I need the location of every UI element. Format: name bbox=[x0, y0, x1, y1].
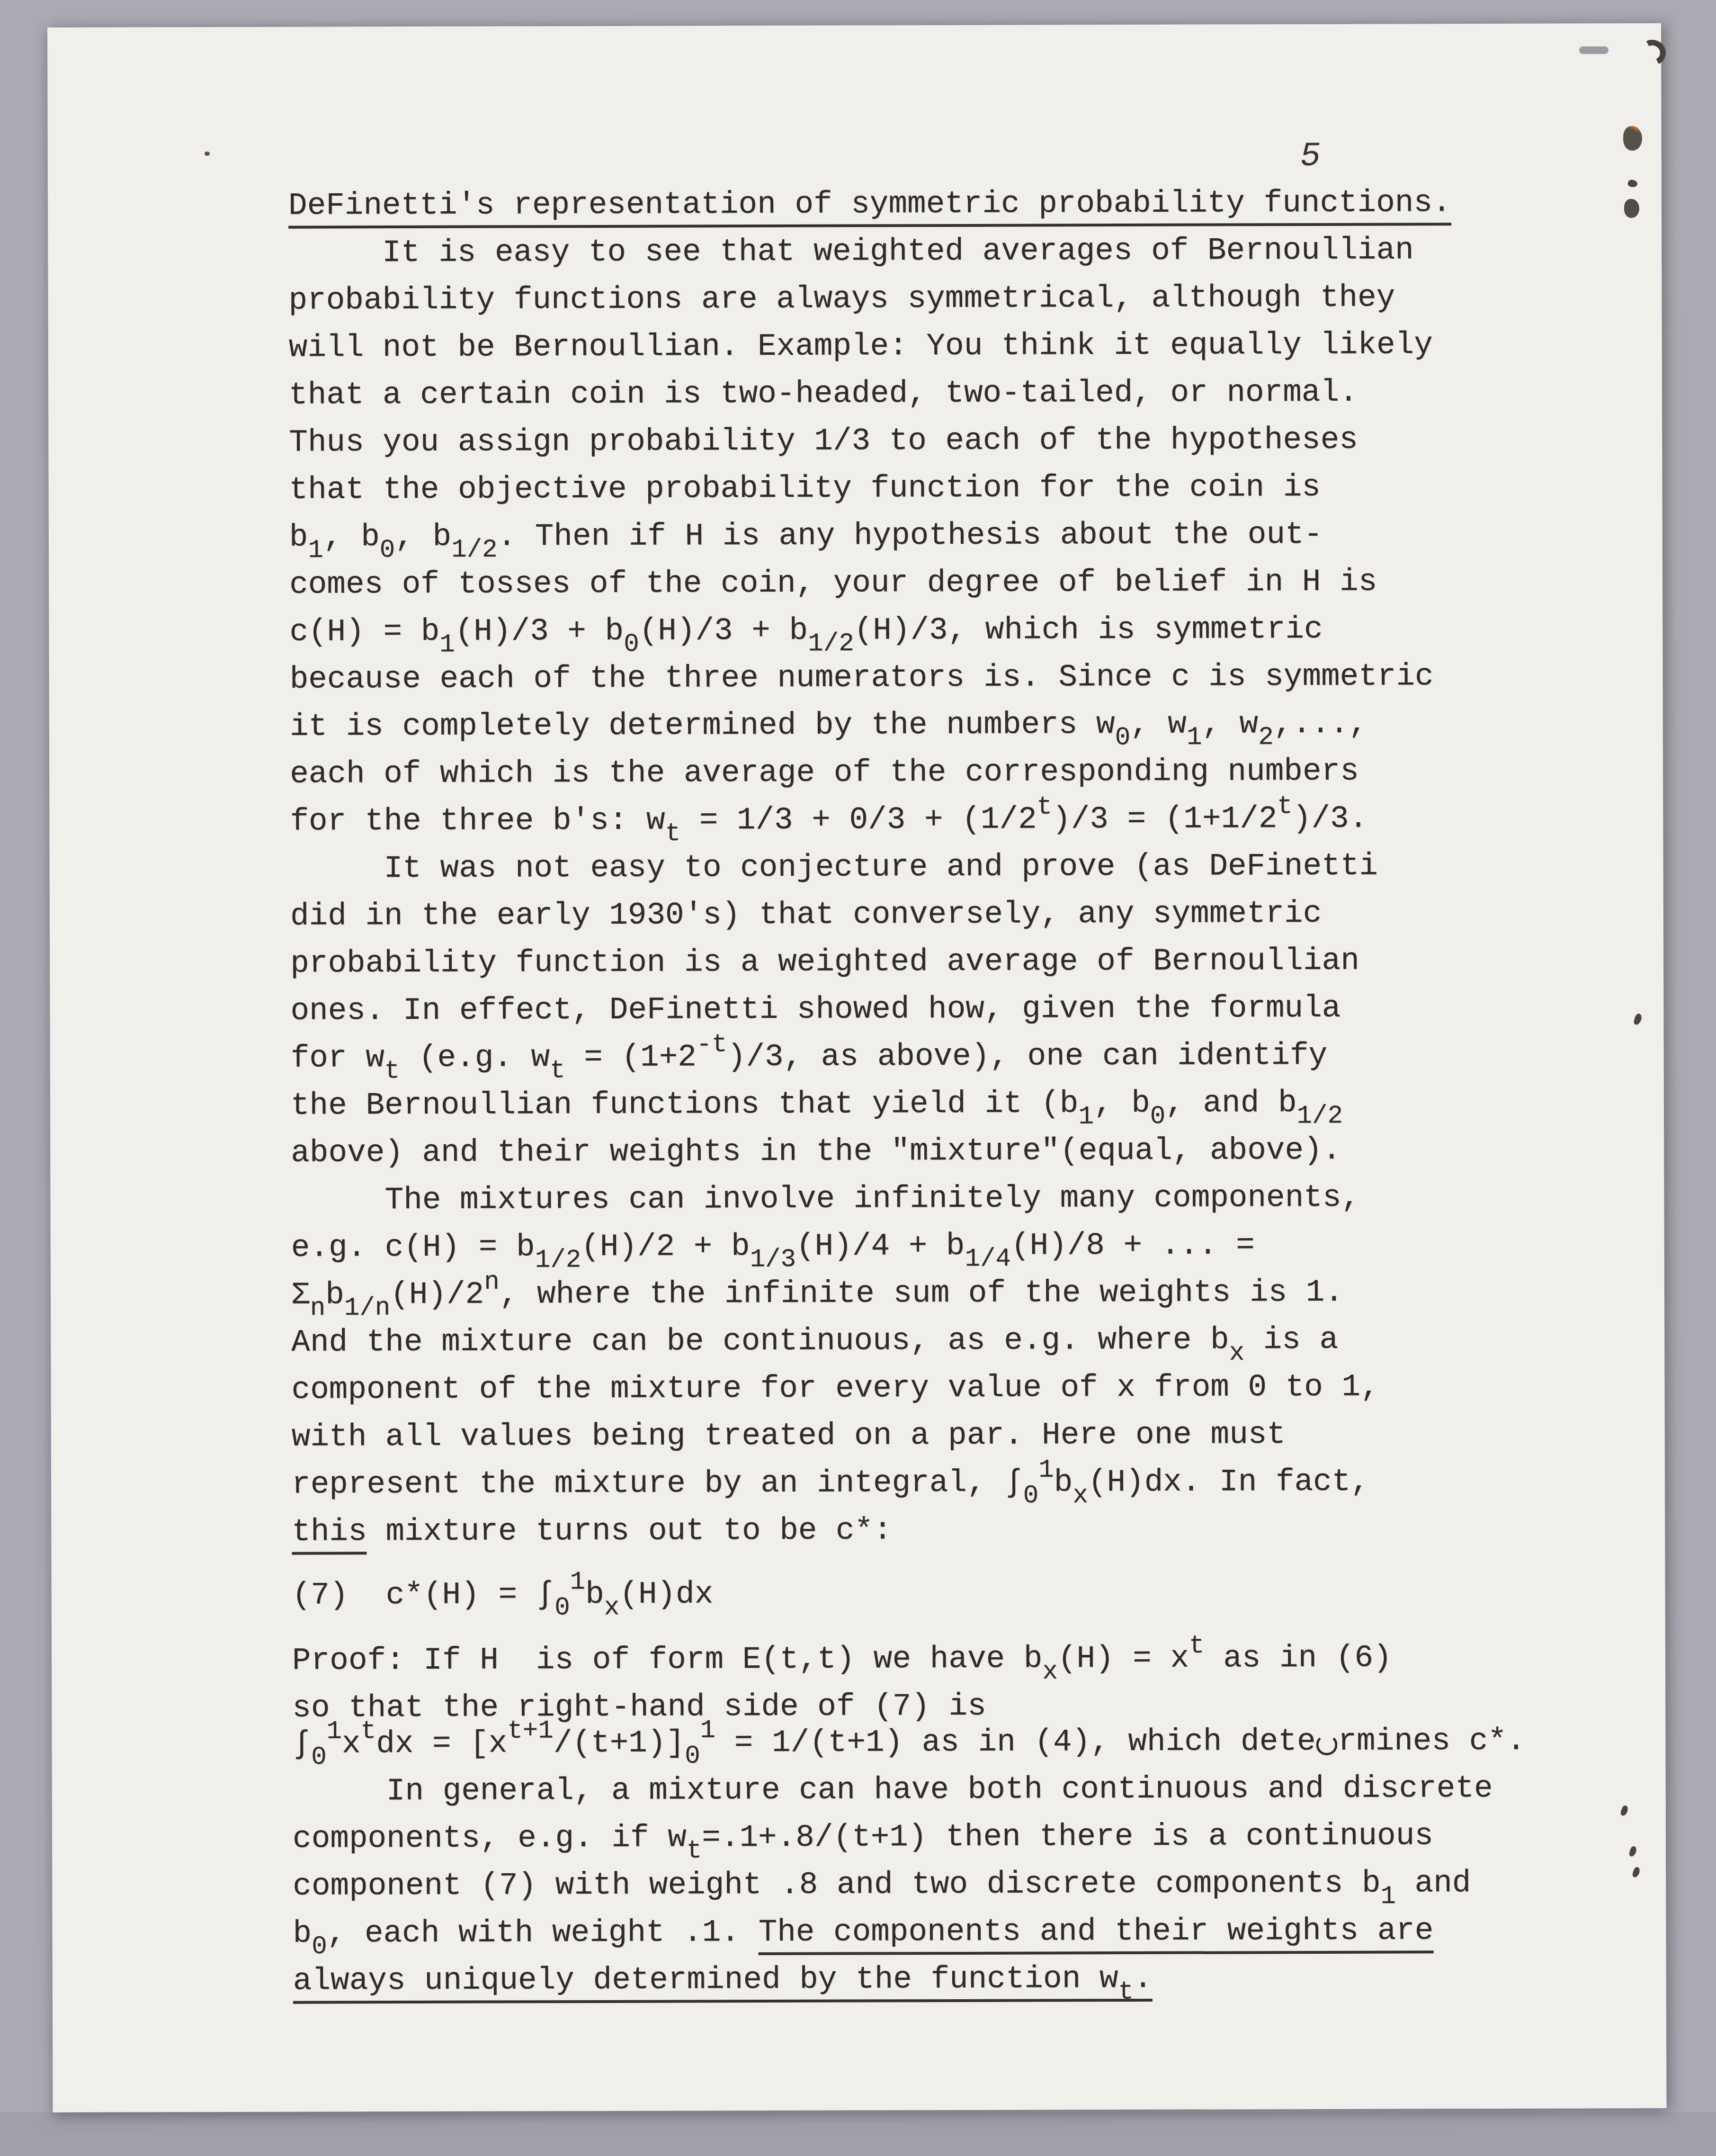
text-line: will not be Bernoullian. Example: You th… bbox=[289, 321, 1624, 371]
typewritten-text: DeFinetti's representation of symmetric … bbox=[288, 179, 1628, 2004]
text-line: b0, each with weight .1. The components … bbox=[293, 1906, 1628, 1957]
text-line: represent the mixture by an integral, ∫0… bbox=[292, 1457, 1627, 1508]
text-line: ones. In effect, DeFinetti showed how, g… bbox=[290, 984, 1626, 1034]
text-line: comes of tosses of the coin, your degree… bbox=[289, 557, 1625, 608]
text-line: ∫01xtdx = [xt+1/(t+1)]01 = 1/(t+1) as in… bbox=[292, 1717, 1627, 1768]
text-line: above) and their weights in the "mixture… bbox=[291, 1126, 1626, 1177]
text-line: each of which is the average of the corr… bbox=[290, 747, 1625, 798]
text-line: It is easy to see that weighted averages… bbox=[288, 226, 1624, 277]
text-line: probability function is a weighted avera… bbox=[290, 936, 1626, 987]
page-number: 5 bbox=[1297, 137, 1324, 176]
text-line: the Bernoullian functions that yield it … bbox=[291, 1078, 1626, 1129]
text-line: In general, a mixture can have both cont… bbox=[293, 1764, 1628, 1815]
equation-7: (7) c*(H) = ∫01bx(H)dx bbox=[292, 1568, 1627, 1619]
text-line: Thus you assign probability 1/3 to each … bbox=[289, 415, 1624, 466]
scan-speck-mark bbox=[205, 152, 210, 156]
text-line: c(H) = b1(H)/3 + b0(H)/3 + b1/2(H)/3, wh… bbox=[289, 605, 1625, 656]
text-line: probability functions are always symmetr… bbox=[288, 273, 1624, 324]
typewritten-page: 5 DeFinetti's representation of symmetri… bbox=[47, 23, 1667, 2112]
text-line: because each of the three numerators is.… bbox=[289, 652, 1625, 703]
text-line: that a certain coin is two-headed, two-t… bbox=[289, 368, 1624, 419]
scan-blob-mark bbox=[1624, 199, 1639, 218]
text-line: components, e.g. if wt=.1+.8/(t+1) then … bbox=[293, 1812, 1628, 1862]
text-line: component of the mixture for every value… bbox=[291, 1363, 1627, 1413]
scan-dash-mark bbox=[1579, 46, 1609, 54]
section-title: DeFinetti's representation of symmetric … bbox=[288, 179, 1624, 229]
text-line: component (7) with weight .8 and two dis… bbox=[293, 1859, 1628, 1910]
scan-bottom-shadow bbox=[0, 2112, 1716, 2156]
scanned-document-background: 5 DeFinetti's representation of symmetri… bbox=[0, 0, 1716, 2156]
text-line: It was not easy to conjecture and prove … bbox=[290, 842, 1626, 892]
text-line: for the three b's: wt = 1/3 + 0/3 + (1/2… bbox=[290, 794, 1625, 845]
text-line: b1, b0, b1/2. Then if H is any hypothesi… bbox=[289, 510, 1625, 561]
text-line: with all values being treated on a par. … bbox=[292, 1410, 1627, 1461]
text-line: did in the early 1930's) that conversely… bbox=[290, 889, 1626, 940]
text-line: it is completely determined by the numbe… bbox=[290, 700, 1625, 750]
scan-blob-orange-mark bbox=[1623, 126, 1642, 151]
text-line: always uniquely determined by the functi… bbox=[293, 1954, 1628, 2004]
text-line: Σnb1/n(H)/2n, where the infinite sum of … bbox=[291, 1268, 1627, 1319]
text-line: for wt (e.g. wt = (1+2-t)/3, as above), … bbox=[291, 1031, 1626, 1082]
text-line: this mixture turns out to be c*: bbox=[292, 1505, 1627, 1555]
text-line: that the objective probability function … bbox=[289, 463, 1624, 513]
overstrike-arc-mark bbox=[1316, 1734, 1337, 1755]
text-line: e.g. c(H) = b1/2(H)/2 + b1/3(H)/4 + b1/4… bbox=[291, 1221, 1627, 1271]
text-line: The mixtures can involve infinitely many… bbox=[291, 1173, 1626, 1224]
text-line: Proof: If H is of form E(t,t) we have bx… bbox=[292, 1634, 1627, 1684]
text-line: And the mixture can be continuous, as e.… bbox=[291, 1315, 1627, 1366]
